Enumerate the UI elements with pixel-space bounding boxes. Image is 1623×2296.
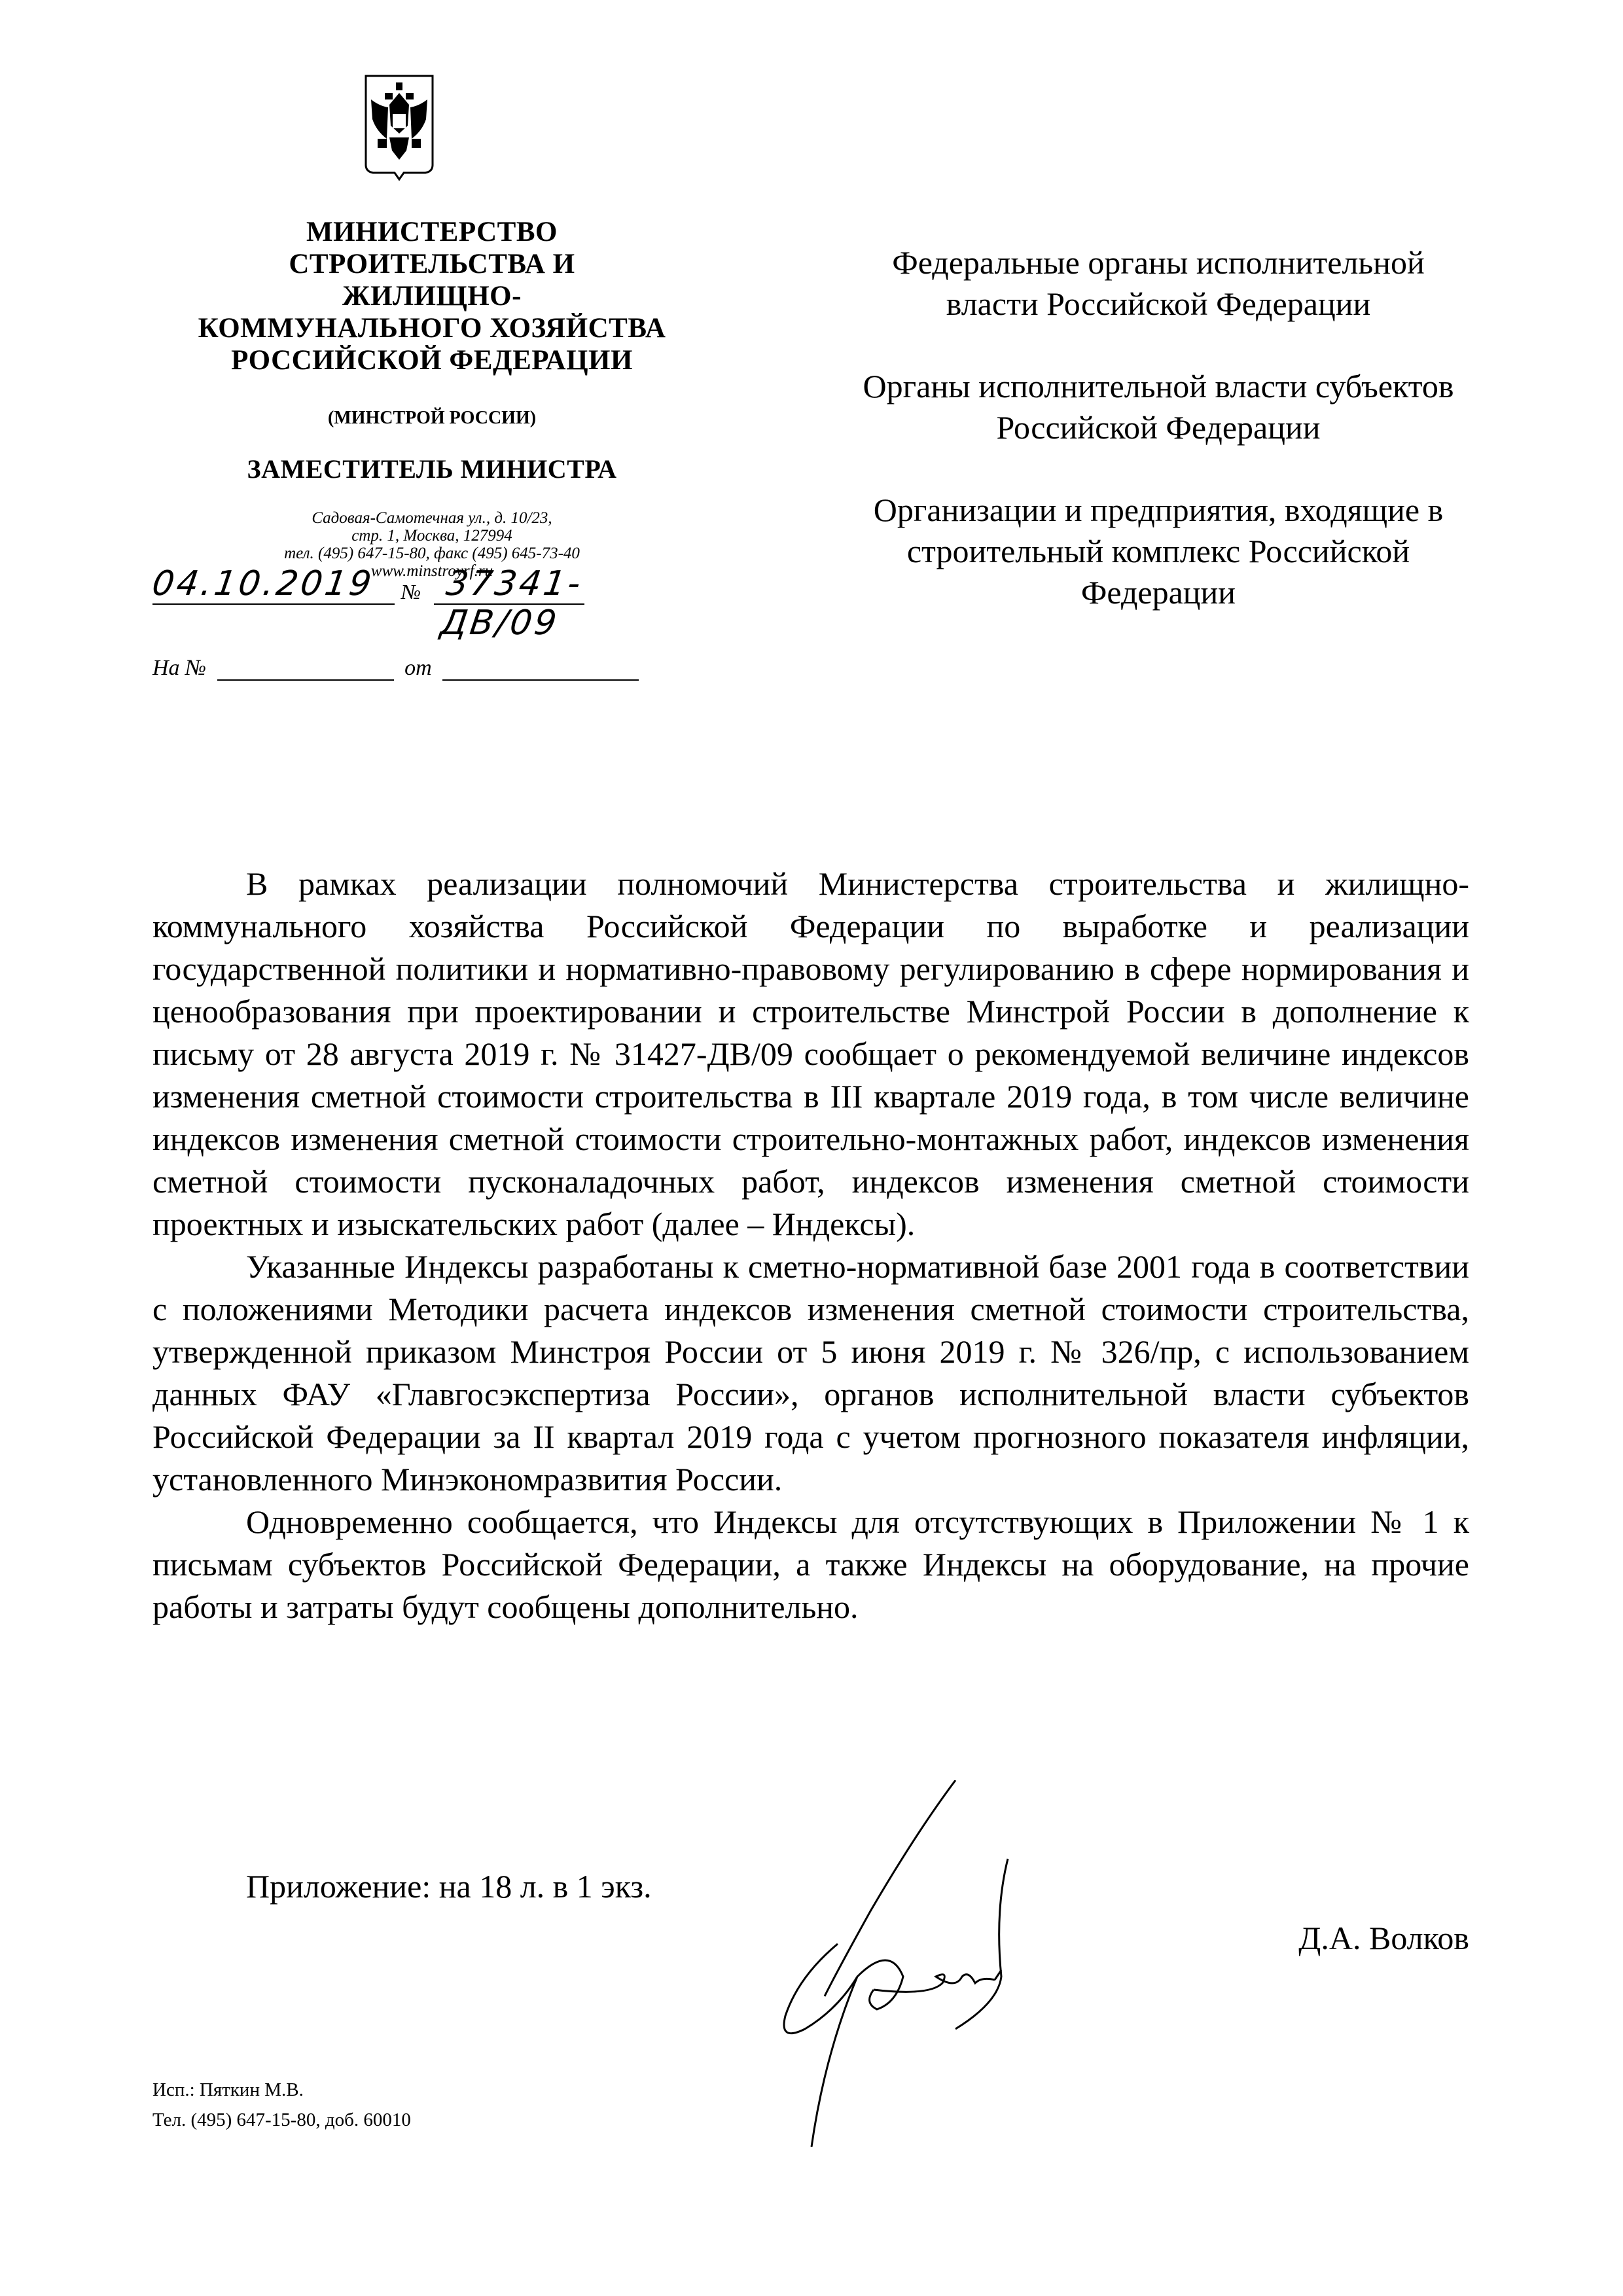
reference-date-blank (442, 660, 639, 681)
address-line: тел. (495) 647-15-80, факс (495) 645-73-… (196, 545, 668, 562)
body-paragraph: Одновременно сообщается, что Индексы для… (152, 1501, 1469, 1628)
addressee: Органы исполнительной власти субъектов Р… (844, 366, 1472, 448)
signatory-role: ЗАМЕСТИТЕЛЬ МИНИСТРА (196, 454, 668, 484)
reference-number-label: На № (152, 656, 206, 680)
reference-line: На № от (152, 656, 676, 681)
org-name-line: МИНИСТЕРСТВО (196, 216, 668, 248)
executor-phone: Тел. (495) 647-15-80, доб. 60010 (152, 2105, 411, 2135)
org-name-line: КОММУНАЛЬНОГО ХОЗЯЙСТВА (196, 312, 668, 344)
letterhead: МИНИСТЕРСТВО СТРОИТЕЛЬСТВА И ЖИЛИЩНО- КО… (196, 216, 668, 580)
registration-line: 04.10.2019 № 37341-ДВ/09 (152, 563, 676, 615)
org-short-name: (МИНСТРОЙ РОССИИ) (196, 408, 668, 429)
signer-name: Д.А. Волков (1298, 1919, 1469, 1957)
address-line: стр. 1, Москва, 127994 (196, 527, 668, 545)
attachment-note: Приложение: на 18 л. в 1 экз. (246, 1867, 652, 1905)
number-underline (434, 603, 584, 605)
org-name-line: РОССИЙСКОЙ ФЕДЕРАЦИИ (196, 344, 668, 376)
date-underline (152, 603, 395, 605)
body-paragraph: Указанные Индексы разработаны к сметно-н… (152, 1246, 1469, 1501)
executor-name: Исп.: Пяткин М.В. (152, 2075, 411, 2105)
reference-number-blank (217, 660, 394, 681)
coat-of-arms-icon (363, 73, 435, 181)
signature-icon (759, 1780, 1047, 2147)
org-name-line: СТРОИТЕЛЬСТВА И ЖИЛИЩНО- (196, 248, 668, 312)
executor-info: Исп.: Пяткин М.В. Тел. (495) 647-15-80, … (152, 2075, 411, 2135)
letter-body: В рамках реализации полномочий Министерс… (152, 863, 1469, 1628)
addressee: Федеральные органы исполнительной власти… (844, 242, 1472, 325)
handwritten-date: 04.10.2019 (150, 564, 376, 603)
body-paragraph: В рамках реализации полномочий Министерс… (152, 863, 1469, 1246)
address-line: Садовая-Самотечная ул., д. 10/23, (196, 509, 668, 527)
addressees: Федеральные органы исполнительной власти… (844, 242, 1472, 655)
addressee: Организации и предприятия, входящие в ст… (844, 490, 1472, 613)
number-label: № (401, 580, 421, 604)
reference-date-label: от (404, 656, 432, 680)
